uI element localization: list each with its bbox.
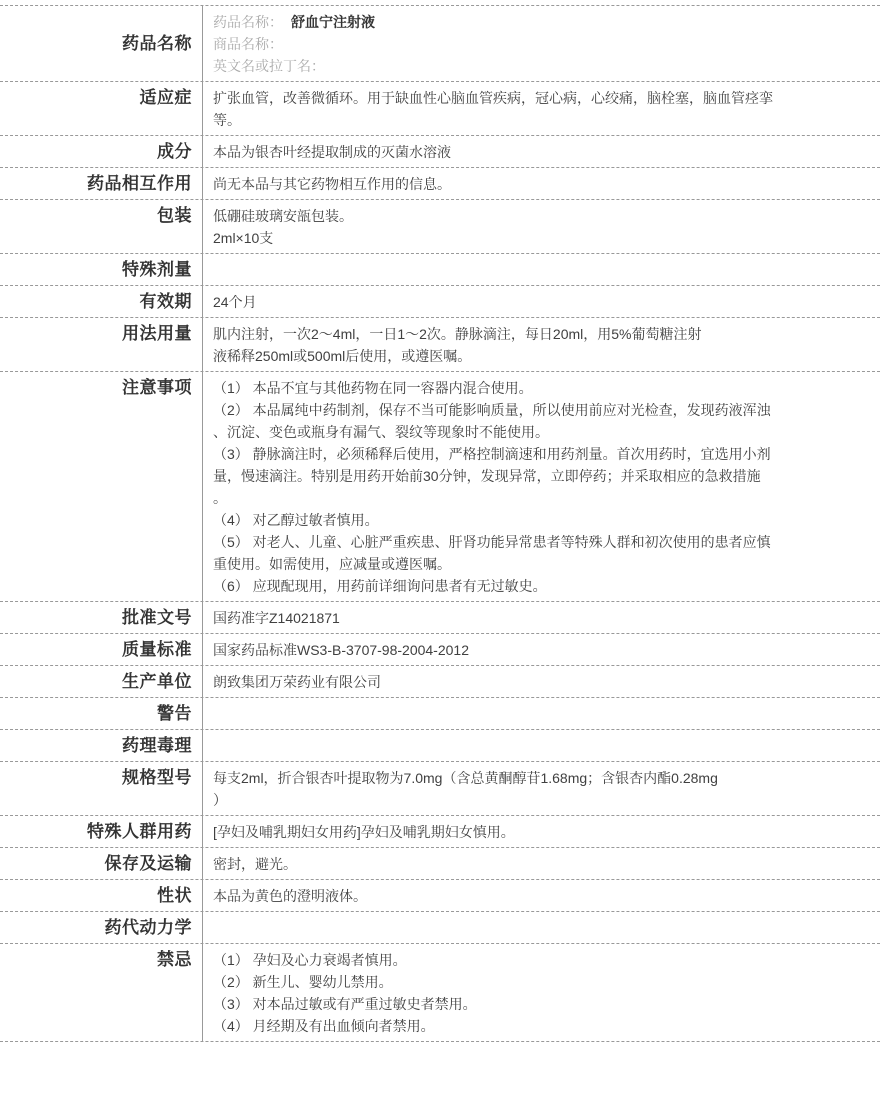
content-line: 液稀释250ml或500ml后使用，或遵医嘱。 (213, 345, 865, 367)
table-row: 适应症 扩张血管，改善微循环。用于缺血性心脑血管疾病，冠心病，心绞痛，脑栓塞，脑… (0, 82, 880, 136)
table-row: 成分 本品为银杏叶经提取制成的灭菌水溶液 (0, 136, 880, 168)
content-line: 2ml×10支 (213, 227, 865, 249)
content-line: （6） 应现配现用，用药前详细询问患者有无过敏史。 (213, 575, 865, 597)
content-line: 24个月 (213, 291, 865, 313)
row-content: 国药准字Z14021871 (203, 602, 880, 633)
row-label: 质量标准 (0, 634, 203, 665)
row-label: 禁忌 (0, 944, 203, 1041)
row-content (203, 698, 880, 729)
content-line: 国药准字Z14021871 (213, 607, 865, 629)
table-row: 有效期 24个月 (0, 286, 880, 318)
content-line: （3） 静脉滴注时，必须稀释后使用，严格控制滴速和用药剂量。首次用药时，宜选用小… (213, 443, 865, 465)
row-label: 药品相互作用 (0, 168, 203, 199)
row-label: 成分 (0, 136, 203, 167)
content-line: （2） 本品属纯中药制剂，保存不当可能影响质量，所以使用前应对光检查，发现药液浑… (213, 399, 865, 421)
content-line: 本品为黄色的澄明液体。 (213, 885, 865, 907)
row-content: 朗致集团万荣药业有限公司 (203, 666, 880, 697)
table-row: 药代动力学 (0, 912, 880, 944)
content-line: 每支2ml，折合银杏叶提取物为7.0mg（含总黄酮醇苷1.68mg；含银杏内酯0… (213, 767, 865, 789)
row-content: 本品为银杏叶经提取制成的灭菌水溶液 (203, 136, 880, 167)
row-label: 性状 (0, 880, 203, 911)
content-line: （4） 月经期及有出血倾向者禁用。 (213, 1015, 865, 1037)
row-content: 国家药品标准WS3-B-3707-98-2004-2012 (203, 634, 880, 665)
content-line: 尚无本品与其它药物相互作用的信息。 (213, 173, 865, 195)
table-row: 质量标准 国家药品标准WS3-B-3707-98-2004-2012 (0, 634, 880, 666)
row-label: 药代动力学 (0, 912, 203, 943)
content-line: 低硼硅玻璃安瓿包装。 (213, 205, 865, 227)
content-line: ） (213, 789, 865, 811)
row-content: 药品名称：舒血宁注射液商品名称：英文名或拉丁名： (203, 6, 880, 81)
table-row: 药品名称 药品名称：舒血宁注射液商品名称：英文名或拉丁名： (0, 6, 880, 82)
field-label: 英文名或拉丁名： (213, 58, 325, 74)
drug-info-table: 药品名称 药品名称：舒血宁注射液商品名称：英文名或拉丁名： 适应症 扩张血管，改… (0, 5, 880, 1042)
row-content: 低硼硅玻璃安瓿包装。2ml×10支 (203, 200, 880, 253)
content-line: 商品名称： (213, 33, 865, 55)
content-line: （4） 对乙醇过敏者慎用。 (213, 509, 865, 531)
table-row: 警告 (0, 698, 880, 730)
table-row: 特殊剂量 (0, 254, 880, 286)
row-label: 生产单位 (0, 666, 203, 697)
row-content (203, 730, 880, 761)
content-line: 国家药品标准WS3-B-3707-98-2004-2012 (213, 639, 865, 661)
row-label: 批准文号 (0, 602, 203, 633)
content-line: 、沉淀、变色或瓶身有漏气、裂纹等现象时不能使用。 (213, 421, 865, 443)
content-line: 密封，避光。 (213, 853, 865, 875)
content-line: （1） 孕妇及心力衰竭者慎用。 (213, 949, 865, 971)
row-content: [孕妇及哺乳期妇女用药]孕妇及哺乳期妇女慎用。 (203, 816, 880, 847)
content-line: 英文名或拉丁名： (213, 55, 865, 77)
content-line: 肌内注射，一次2～4ml，一日1～2次。静脉滴注，每日20ml，用5%葡萄糖注射 (213, 323, 865, 345)
row-content: 24个月 (203, 286, 880, 317)
row-label: 特殊人群用药 (0, 816, 203, 847)
content-line: 量，慢速滴注。特别是用药开始前30分钟，发现异常，立即停药；并采取相应的急救措施 (213, 465, 865, 487)
content-line: （5） 对老人、儿童、心脏严重疾患、肝肾功能异常患者等特殊人群和初次使用的患者应… (213, 531, 865, 553)
row-content: （1） 孕妇及心力衰竭者慎用。（2） 新生儿、婴幼儿禁用。（3） 对本品过敏或有… (203, 944, 880, 1041)
row-label: 规格型号 (0, 762, 203, 815)
table-row: 禁忌 （1） 孕妇及心力衰竭者慎用。（2） 新生儿、婴幼儿禁用。（3） 对本品过… (0, 944, 880, 1042)
table-row: 包装 低硼硅玻璃安瓿包装。2ml×10支 (0, 200, 880, 254)
row-label: 药品名称 (0, 6, 203, 81)
row-content: 肌内注射，一次2～4ml，一日1～2次。静脉滴注，每日20ml，用5%葡萄糖注射… (203, 318, 880, 371)
table-row: 药品相互作用 尚无本品与其它药物相互作用的信息。 (0, 168, 880, 200)
content-line: 。 (213, 487, 865, 509)
row-content (203, 254, 880, 285)
content-line: 等。 (213, 109, 865, 131)
table-row: 注意事项 （1） 本品不宜与其他药物在同一容器内混合使用。（2） 本品属纯中药制… (0, 372, 880, 602)
table-row: 用法用量 肌内注射，一次2～4ml，一日1～2次。静脉滴注，每日20ml，用5%… (0, 318, 880, 372)
table-row: 特殊人群用药 [孕妇及哺乳期妇女用药]孕妇及哺乳期妇女慎用。 (0, 816, 880, 848)
row-content: 本品为黄色的澄明液体。 (203, 880, 880, 911)
row-label: 注意事项 (0, 372, 203, 601)
content-line: 朗致集团万荣药业有限公司 (213, 671, 865, 693)
row-content: 每支2ml，折合银杏叶提取物为7.0mg（含总黄酮醇苷1.68mg；含银杏内酯0… (203, 762, 880, 815)
table-row: 生产单位 朗致集团万荣药业有限公司 (0, 666, 880, 698)
field-label: 药品名称： (213, 14, 283, 30)
field-value: 舒血宁注射液 (291, 14, 375, 30)
table-row: 保存及运输 密封，避光。 (0, 848, 880, 880)
content-line: 本品为银杏叶经提取制成的灭菌水溶液 (213, 141, 865, 163)
content-line: （1） 本品不宜与其他药物在同一容器内混合使用。 (213, 377, 865, 399)
table-row: 药理毒理 (0, 730, 880, 762)
row-label: 警告 (0, 698, 203, 729)
row-label: 保存及运输 (0, 848, 203, 879)
table-row: 批准文号 国药准字Z14021871 (0, 602, 880, 634)
row-content: （1） 本品不宜与其他药物在同一容器内混合使用。（2） 本品属纯中药制剂，保存不… (203, 372, 880, 601)
row-content: 尚无本品与其它药物相互作用的信息。 (203, 168, 880, 199)
content-line: [孕妇及哺乳期妇女用药]孕妇及哺乳期妇女慎用。 (213, 821, 865, 843)
row-label: 药理毒理 (0, 730, 203, 761)
table-row: 性状 本品为黄色的澄明液体。 (0, 880, 880, 912)
row-content: 密封，避光。 (203, 848, 880, 879)
row-label: 有效期 (0, 286, 203, 317)
table-row: 规格型号 每支2ml，折合银杏叶提取物为7.0mg（含总黄酮醇苷1.68mg；含… (0, 762, 880, 816)
row-content: 扩张血管，改善微循环。用于缺血性心脑血管疾病，冠心病，心绞痛，脑栓塞，脑血管痉挛… (203, 82, 880, 135)
row-label: 适应症 (0, 82, 203, 135)
content-line: 药品名称：舒血宁注射液 (213, 11, 865, 33)
row-content (203, 912, 880, 943)
content-line: 重使用。如需使用，应减量或遵医嘱。 (213, 553, 865, 575)
row-label: 特殊剂量 (0, 254, 203, 285)
content-line: （3） 对本品过敏或有严重过敏史者禁用。 (213, 993, 865, 1015)
content-line: 扩张血管，改善微循环。用于缺血性心脑血管疾病，冠心病，心绞痛，脑栓塞，脑血管痉挛 (213, 87, 865, 109)
field-label: 商品名称： (213, 36, 283, 52)
row-label: 包装 (0, 200, 203, 253)
row-label: 用法用量 (0, 318, 203, 371)
content-line: （2） 新生儿、婴幼儿禁用。 (213, 971, 865, 993)
